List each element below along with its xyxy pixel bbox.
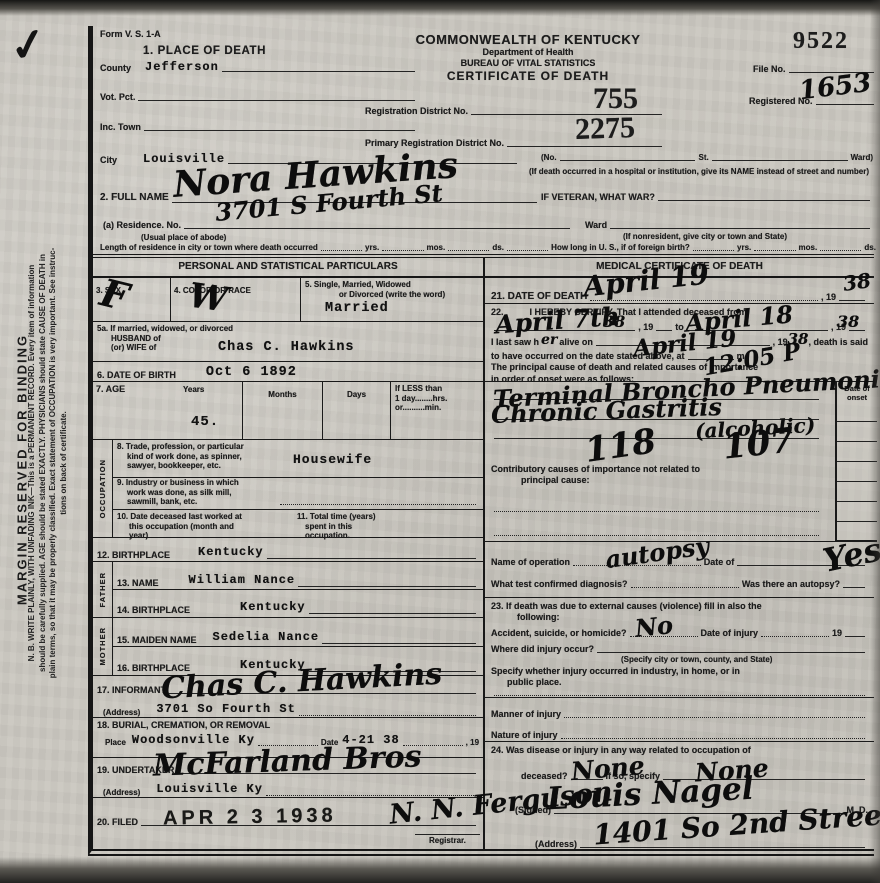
father-side-label: FATHER — [93, 562, 113, 617]
margin-note-line2: should be carefully supplied. AGE should… — [38, 63, 49, 863]
blank-line — [144, 122, 415, 131]
veteran-label: IF VETERAN, WHAT WAR? — [541, 192, 655, 203]
personal-title: PERSONAL AND STATISTICAL PARTICULARS — [93, 258, 483, 278]
blank-line — [309, 605, 476, 614]
occ11-label-2: spent in this — [305, 522, 479, 532]
contributory-text-1: Contributory causes of importance not re… — [491, 464, 822, 475]
residence-row: (a) Residence. No. — [103, 220, 573, 231]
undertaker-address-value: Louisville Ky — [156, 782, 263, 796]
blank-line — [560, 152, 696, 161]
operation-block: Name of operation Date of What test conf… — [485, 542, 874, 598]
spouse-row: 5a. If married, widowed, or divorced HUS… — [93, 322, 483, 362]
occ11-label-1: 11. Total time (years) — [297, 512, 479, 522]
occ10-label-2: this occupation (month and — [129, 522, 297, 532]
q24-text-1: 24. Was disease or injury in any way rel… — [491, 745, 868, 756]
birthplace-value: Kentucky — [198, 545, 264, 559]
blank-line — [448, 242, 489, 251]
blank-line — [820, 242, 861, 251]
blank-line — [321, 242, 362, 251]
color-race-script: W — [186, 276, 229, 321]
occupation-side-label: OCCUPATION — [93, 440, 113, 537]
file-label: File No. — [753, 64, 786, 75]
inc-town-row: Inc. Town — [100, 122, 418, 133]
occupation-trade-row: 8. Trade, profession, or particular kind… — [113, 440, 483, 478]
father-bp-value: Kentucky — [240, 600, 306, 614]
burial-place-value: Woodsonville Ky — [132, 733, 255, 747]
blank-line — [280, 496, 476, 505]
contributory-text-2: principal cause: — [521, 475, 822, 486]
undertaker-block: 19. UNDERTAKER McFarland Bros (Address) … — [93, 758, 483, 798]
street-number-row: (No. St. Ward) — [541, 152, 873, 163]
q23-text-2: following: — [517, 612, 868, 623]
occupation-value: Housewife — [293, 452, 372, 467]
years-label: Years — [183, 385, 204, 395]
father-block: FATHER 13. NAME William Nance 14. BIRTHP… — [93, 562, 483, 618]
occ9-label-2: work was done, as silk mill, — [127, 488, 277, 498]
residence-label: (a) Residence. No. — [103, 220, 181, 231]
blank-line — [845, 628, 865, 637]
form-number: Form V. S. 1-A — [100, 29, 161, 40]
margin-note-line4: tions on back of certificate. — [59, 63, 70, 863]
q23-text-1: 23. If death was due to external causes … — [491, 601, 868, 612]
commonwealth-title: COMMONWEALTH OF KENTUCKY — [363, 32, 693, 47]
blank-line — [597, 644, 865, 653]
blank-line — [322, 635, 476, 644]
age-months-cell: Months — [243, 382, 323, 439]
margin-note-line1: N. B. WRITE PLAINLY, WITH UNFADING INK—T… — [27, 63, 38, 863]
mother-side-label: MOTHER — [93, 618, 113, 675]
filed-date-stamp: APR 2 3 1938 — [163, 804, 337, 830]
yrs-label: yrs. — [737, 243, 751, 253]
foreign-birth-label: How long in U. S., if of foreign birth? — [551, 243, 690, 253]
blank-line — [382, 242, 423, 251]
vot-pct-label: Vot. Pct. — [100, 92, 135, 103]
spouse-label-1: 5a. If married, widowed, or divorced — [97, 324, 479, 334]
blank-line — [658, 192, 870, 201]
burial-year-prefix: , 19 — [466, 738, 479, 748]
less-label-3: or..........min. — [395, 403, 479, 413]
sex-color-marital-row: 3. SEX F 4. COLOR OR RACE W 5. Single, M… — [93, 278, 483, 322]
injury-year-label: 19 — [832, 628, 842, 639]
where-injury-label: Where did injury occur? — [491, 644, 594, 655]
dob-row: 6. DATE OF BIRTH Oct 6 1892 — [93, 362, 483, 382]
filed-block: 20. FILED APR 2 3 1938 N. N. Ferguson Re… — [93, 798, 483, 852]
body-columns: PERSONAL AND STATISTICAL PARTICULARS 3. … — [93, 258, 874, 849]
father-bp-label: 14. BIRTHPLACE — [117, 605, 190, 616]
nature-of-injury-label: Nature of injury — [491, 730, 558, 741]
burial-place-label: Place — [105, 738, 126, 748]
blank-line — [712, 152, 848, 161]
mos-label: mos. — [799, 243, 818, 253]
reg-district-label: Registration District No. — [365, 106, 468, 117]
ward-row: Ward — [585, 220, 873, 231]
margin-note-line3: plain terms, so that it may be properly … — [48, 63, 59, 863]
marital-cell: 5. Single, Married, Widowed or Divorced … — [301, 278, 483, 321]
accident-row: Accident, suicide, or homicide? Date of … — [491, 623, 868, 639]
test-label: What test confirmed diagnosis? — [491, 579, 628, 590]
external-causes-block: 23. If death was due to external causes … — [485, 598, 874, 698]
blank-line — [631, 579, 739, 588]
blank-line — [610, 220, 870, 229]
ds-label: ds. — [492, 243, 504, 253]
attended-from-year-script: 38 — [603, 312, 625, 331]
yrs-label: yrs. — [365, 243, 379, 253]
father-birthplace-row: 14. BIRTHPLACE Kentucky — [113, 590, 483, 616]
blank-line — [138, 92, 415, 101]
stat-code-2-script: 107 — [721, 420, 796, 467]
blank-line — [693, 242, 734, 251]
blank-line — [267, 550, 476, 559]
informant-label: 17. INFORMANT — [97, 685, 166, 696]
cause-of-death-block: Terminal Broncho Pneumonia Chronic Gastr… — [485, 382, 874, 460]
county-value: Jefferson — [145, 60, 219, 74]
margin-instructions: N. B. WRITE PLAINLY, WITH UNFADING INK—T… — [27, 63, 69, 863]
manner-of-injury-row: Manner of injury — [485, 698, 874, 720]
mother-name-value: Sedelia Nance — [213, 630, 320, 644]
occ8-label-1: 8. Trade, profession, or particular — [117, 442, 479, 452]
blank-line — [494, 687, 865, 696]
where-injury-hint: (Specify city or town, county, and State… — [621, 655, 868, 665]
scan-edge-top — [0, 0, 880, 16]
department-title: Department of Health — [363, 47, 693, 58]
dod-year-script: 38 — [841, 268, 872, 296]
date-of-death-label: 21. DATE OF DEATH — [491, 291, 587, 304]
no-label: (No. — [541, 153, 557, 163]
occ10-label-3: year) — [129, 531, 297, 541]
where-injury-row: Where did injury occur? — [491, 639, 868, 655]
occ11-label-3: occupation. — [305, 531, 479, 541]
marital-label-1: 5. Single, Married, Widowed — [305, 280, 479, 290]
from-year-prefix: , 19 — [638, 322, 653, 333]
accident-label: Accident, suicide, or homicide? — [491, 628, 627, 639]
operation-label: Name of operation — [491, 557, 570, 568]
veteran-row: IF VETERAN, WHAT WAR? — [541, 192, 873, 203]
last-saw-pronoun-script: er — [541, 332, 557, 348]
father-name-label: 13. NAME — [117, 578, 159, 589]
marital-value: Married — [325, 301, 479, 316]
blank-line — [843, 579, 865, 588]
inc-town-label: Inc. Town — [100, 122, 141, 133]
contributory-block: Contributory causes of importance not re… — [485, 460, 874, 542]
ward-label: Ward — [585, 220, 607, 231]
blank-line — [754, 242, 795, 251]
header-section: Form V. S. 1-A 1. PLACE OF DEATH County … — [93, 26, 874, 258]
occupation-block: OCCUPATION 8. Trade, profession, or part… — [93, 440, 483, 538]
burial-label: 18. BURIAL, CREMATION, OR REMOVAL — [97, 720, 479, 731]
bureau-title: BUREAU OF VITAL STATISTICS — [363, 58, 693, 69]
age-years-cell: 7. AGE Years 45. — [93, 382, 243, 439]
accident-answer-script: No — [634, 610, 675, 643]
handwritten-checkmark: ✓ — [6, 17, 51, 74]
registrar-label: Registrar. — [415, 834, 480, 846]
color-race-cell: 4. COLOR OR RACE W — [171, 278, 301, 321]
blank-line — [507, 242, 548, 251]
blank-line — [656, 322, 672, 331]
specify-text-1: Specify whether injury occurred in indus… — [491, 666, 868, 677]
date-of-death-row: 21. DATE OF DEATH , 19 April 19 38 — [485, 278, 874, 304]
blank-line — [298, 578, 476, 587]
mother-maiden-label: 15. MAIDEN NAME — [117, 635, 197, 646]
dod-year-prefix: , 19 — [821, 292, 836, 303]
autopsy-label: Was there an autopsy? — [742, 579, 840, 590]
age-years-value: 45. — [191, 414, 219, 430]
informant-block: 17. INFORMANT Chas C. Hawkins (Address) … — [93, 676, 483, 718]
blank-line — [564, 709, 865, 718]
st-label: St. — [698, 153, 708, 163]
sex-cell: 3. SEX F — [93, 278, 171, 321]
occ9-label-1: 9. Industry or business in which — [117, 478, 277, 488]
autopsy-row: What test confirmed diagnosis? Was there… — [491, 568, 868, 590]
spouse-value: Chas C. Hawkins — [218, 340, 355, 355]
age-row: 7. AGE Years 45. Months Days If LESS tha… — [93, 382, 483, 440]
certificate-title: CERTIFICATE OF DEATH — [363, 69, 693, 83]
length-of-residence-row: Length of residence in city or town wher… — [100, 242, 876, 253]
county-label: County — [100, 63, 131, 74]
dob-label: 6. DATE OF BIRTH — [97, 370, 176, 381]
title-block: COMMONWEALTH OF KENTUCKY Department of H… — [363, 32, 693, 83]
father-name-value: William Nance — [189, 573, 296, 587]
age-days-cell: Days — [323, 382, 391, 439]
nature-of-injury-row: Nature of injury — [485, 720, 874, 742]
certificate-form: Form V. S. 1-A 1. PLACE OF DEATH County … — [88, 26, 874, 856]
occupation-industry-row: 9. Industry or business in which work wa… — [113, 478, 483, 510]
scan-edge-bottom — [0, 857, 880, 883]
medical-column: MEDICAL CERTIFICATE OF DEATH 21. DATE OF… — [485, 258, 874, 849]
attended-to-year-script: 38 — [837, 312, 859, 331]
less-label-2: 1 day........hrs. — [395, 394, 479, 404]
age-label: 7. AGE — [96, 384, 125, 395]
undertaker-address-label: (Address) — [103, 788, 140, 798]
birthplace-label: 12. BIRTHPLACE — [97, 550, 170, 561]
primary-district-number: 2275 — [574, 111, 635, 147]
file-number-stamp: 9522 — [793, 28, 849, 55]
occ9-label-3: sawmill, bank, etc. — [127, 497, 277, 507]
injury-date-label: Date of injury — [701, 628, 759, 639]
hospital-hint: (If death occurred in a hospital or inst… — [529, 167, 869, 177]
city-label: City — [100, 155, 117, 166]
length-label: Length of residence in city or town wher… — [100, 243, 318, 253]
blank-line — [561, 730, 865, 739]
marital-label-2: or Divorced (write the word) — [305, 290, 479, 300]
death-said-text: , death is said — [808, 337, 868, 348]
last-saw-text-2: alive on — [559, 337, 593, 348]
less-label-1: If LESS than — [395, 384, 479, 394]
nonresident-hint: (If nonresident, give city or town and S… — [623, 232, 787, 242]
death-certificate-scan: ✓ MARGIN RESERVED FOR BINDING N. B. WRIT… — [0, 0, 880, 883]
filed-label: 20. FILED — [97, 817, 138, 828]
scan-edge-right — [870, 0, 880, 883]
undertaker-address-row: (Address) Louisville Ky — [93, 776, 483, 798]
personal-column: PERSONAL AND STATISTICAL PARTICULARS 3. … — [93, 258, 485, 849]
physician-address-label: (Address) — [535, 839, 577, 850]
dob-value: Oct 6 1892 — [206, 365, 297, 380]
blank-line — [299, 707, 476, 716]
occupation-dates-row: 10. Date deceased last worked at this oc… — [113, 510, 483, 542]
blank-line — [494, 503, 819, 512]
informant-address-label: (Address) — [103, 708, 140, 718]
months-label: Months — [268, 390, 296, 399]
mother-name-row: 15. MAIDEN NAME Sedelia Nance — [113, 618, 483, 647]
blank-line — [494, 527, 819, 536]
place-of-death-heading: 1. PLACE OF DEATH — [143, 45, 266, 57]
manner-of-injury-label: Manner of injury — [491, 709, 561, 720]
full-name-label: 2. FULL NAME — [100, 192, 169, 205]
age-less-cell: If LESS than 1 day........hrs. or.......… — [391, 382, 483, 439]
occ10-label-1: 10. Date deceased last worked at — [117, 512, 297, 522]
blank-line — [761, 628, 829, 637]
mos-label: mos. — [427, 243, 446, 253]
father-name-row: 13. NAME William Nance — [113, 562, 483, 590]
voting-precinct-row: Vot. Pct. — [100, 92, 418, 103]
days-label: Days — [347, 390, 366, 399]
